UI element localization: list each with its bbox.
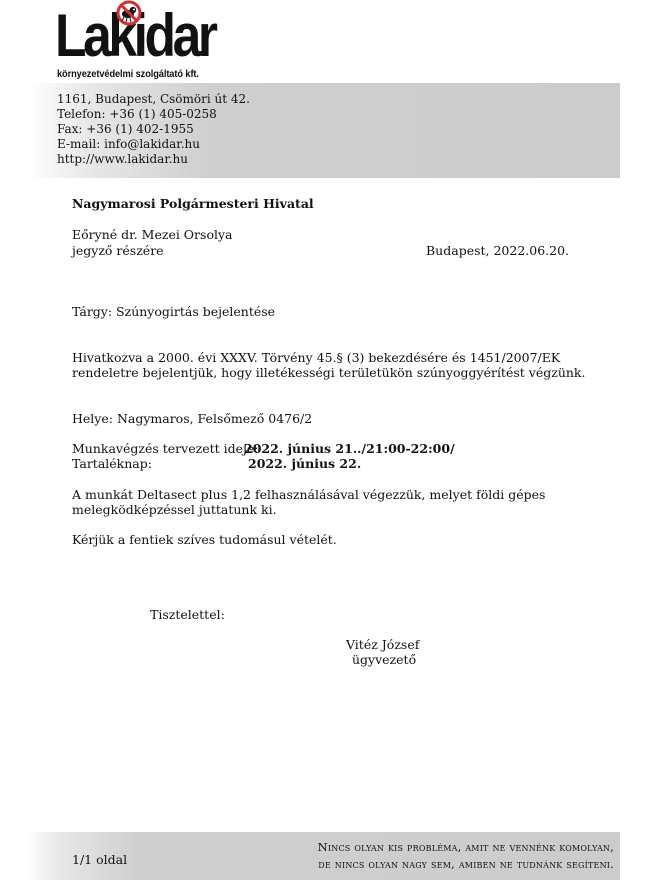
letter-date: Budapest, 2022.06.20. xyxy=(426,243,569,258)
reference-line: rendeletre bejelentjük, hogy illetékessé… xyxy=(72,365,585,380)
method-line: melegködképzéssel juttatunk ki. xyxy=(72,502,277,517)
contact-email: E-mail: info@lakidar.hu xyxy=(57,137,250,152)
reserve-day-value: 2022. június 22. xyxy=(248,456,361,471)
contact-phone: Telefon: +36 (1) 405-0258 xyxy=(57,107,250,122)
work-time-value: 2022. június 21../21:00-22:00/ xyxy=(244,441,455,456)
no-mosquito-icon xyxy=(116,0,142,26)
work-location: Helye: Nagymaros, Felsőmező 0476/2 xyxy=(72,411,312,426)
request-line: Kérjük a fentiek szíves tudomásul vételé… xyxy=(72,532,337,547)
contact-website: http://www.lakidar.hu xyxy=(57,152,250,167)
recipient-organization: Nagymarosi Polgármesteri Hivatal xyxy=(72,196,314,211)
motto-line: Nincs olyan kis probléma, amit ne vennén… xyxy=(318,839,614,856)
company-tagline: környezetvédelmi szolgáltató kft. xyxy=(57,68,199,80)
contact-fax: Fax: +36 (1) 402-1955 xyxy=(57,122,250,137)
method-line: A munkát Deltasect plus 1,2 felhasználás… xyxy=(72,487,545,502)
letter-subject: Tárgy: Szúnyogirtás bejelentése xyxy=(72,304,275,319)
reference-line: Hivatkozva a 2000. évi XXXV. Törvény 45.… xyxy=(72,350,560,365)
reserve-day-label: Tartaléknap: xyxy=(72,456,152,471)
signer-name: Vitéz József xyxy=(346,637,419,652)
contact-address: 1161, Budapest, Csömöri út 42. xyxy=(57,92,250,107)
recipient-role: jegyző részére xyxy=(72,243,164,258)
closing-salutation: Tisztelettel: xyxy=(150,607,225,622)
recipient-name: Eőryné dr. Mezei Orsolya xyxy=(72,227,233,242)
work-time-label: Munkavégzés tervezett ideje: xyxy=(72,441,259,456)
page-number: 1/1 oldal xyxy=(72,852,127,867)
motto-line: de nincs olyan nagy sem, amiben ne tudná… xyxy=(318,856,614,873)
contact-block: 1161, Budapest, Csömöri út 42. Telefon: … xyxy=(57,92,250,167)
signer-title: ügyvezető xyxy=(352,652,416,667)
company-motto: Nincs olyan kis probléma, amit ne vennén… xyxy=(318,839,614,873)
